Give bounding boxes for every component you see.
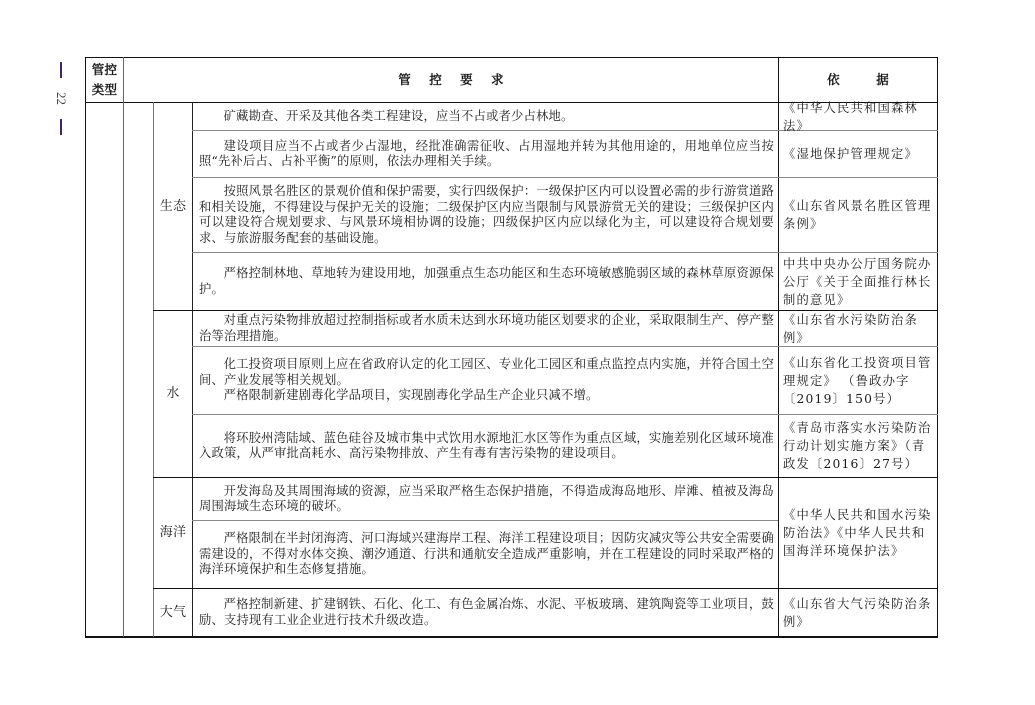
basis-cell: 《湿地保护管理规定》 (779, 131, 937, 177)
basis-cell: 《中华人民共和国森林法》 (779, 103, 937, 130)
category-ecology: 生态 (154, 103, 192, 310)
category-water: 水 (154, 311, 192, 477)
basis-cell: 《山东省大气污染防治条例》 (779, 589, 937, 636)
page-number: 22 (53, 92, 69, 105)
page-number-marker: 22 (50, 62, 72, 152)
requirement-text: 按照风景名胜区的景观价值和保护需要，实行四级保护：一级保护区内可以设置必需的步行… (199, 184, 774, 246)
basis-cell: 《中华人民共和国水污染防治法》《中华人民共和国海洋环境保护法》 (779, 478, 937, 588)
requirement-cell: 将环胶州湾陆域、蓝色硅谷及城市集中式饮用水源地汇水区等作为重点区域，实施差别化区… (193, 415, 778, 477)
basis-cell: 《山东省风景名胜区管理条例》 (779, 178, 937, 252)
requirement-text: 严格限制新建剧毒化学品项目，实现剧毒化学品生产企业只减不增。 (199, 388, 774, 404)
requirement-cell: 严格控制新建、扩建钢铁、石化、化工、有色金属冶炼、水泥、平板玻璃、建筑陶瓷等工业… (193, 589, 778, 636)
requirement-cell: 开发海岛及其周围海域的资源，应当采取严格生态保护措施，不得造成海岛地形、岸滩、植… (193, 478, 778, 520)
table-border-bottom (85, 636, 938, 638)
header-basis: 依 据 (779, 58, 937, 102)
requirement-cell: 矿藏勘查、开采及其他各类工程建设，应当不占或者少占林地。 (193, 103, 778, 130)
basis-cell: 《山东省水污染防治条例》 (779, 311, 937, 346)
header-control-type: 管控类型 (86, 58, 123, 102)
requirement-text: 严格限制在半封闭海湾、河口海域兴建海岸工程、海洋工程建设项目；因防灾减灾等公共安… (199, 531, 774, 578)
header-requirements: 管 控 要 求 (124, 58, 778, 102)
requirement-text: 开发海岛及其周围海域的资源，应当采取严格生态保护措施，不得造成海岛地形、岸滩、植… (199, 484, 774, 515)
basis-cell: 中共中央办公厅国务院办公厅《关于全面推行林长制的意见》 (779, 253, 937, 310)
page-number-dash-top (60, 62, 62, 78)
requirement-text: 矿藏勘查、开采及其他各类工程建设，应当不占或者少占林地。 (199, 109, 774, 125)
control-requirements-table: 管控类型 管 控 要 求 依 据 生态 水 海洋 大气 矿藏勘查、开采及其他各类… (85, 57, 938, 637)
requirement-cell: 按照风景名胜区的景观价值和保护需要，实行四级保护：一级保护区内可以设置必需的步行… (193, 178, 778, 252)
requirement-text: 将环胶州湾陆域、蓝色硅谷及城市集中式饮用水源地汇水区等作为重点区域，实施差别化区… (199, 431, 774, 462)
basis-cell: 《山东省化工投资项目管理规定》 （鲁政办字〔2019〕150号） (779, 347, 937, 414)
page-number-dash-bottom (60, 119, 62, 135)
requirement-cell: 建设项目应当不占或者少占湿地，经批准确需征收、占用湿地并转为其他用途的，用地单位… (193, 131, 778, 177)
requirement-text: 严格控制新建、扩建钢铁、石化、化工、有色金属冶炼、水泥、平板玻璃、建筑陶瓷等工业… (199, 597, 774, 628)
requirement-cell: 严格控制林地、草地转为建设用地，加强重点生态功能区和生态环境敏感脆弱区域的森林草… (193, 253, 778, 310)
col-divider-1 (123, 57, 124, 637)
basis-cell: 《青岛市落实水污染防治行动计划实施方案》（青政发〔2016〕27号） (779, 415, 937, 477)
requirement-cell: 严格限制在半封闭海湾、河口海域兴建海岸工程、海洋工程建设项目；因防灾减灾等公共安… (193, 521, 778, 588)
table-border-left (85, 57, 86, 637)
requirement-text: 化工投资项目原则上应在省政府认定的化工园区、专业化工园区和重点监控点内实施，并符… (199, 357, 774, 388)
table-border-right (937, 57, 938, 637)
category-air: 大气 (154, 589, 192, 636)
requirement-text: 严格控制林地、草地转为建设用地，加强重点生态功能区和生态环境敏感脆弱区域的森林草… (199, 266, 774, 297)
requirement-text: 对重点污染物排放超过控制指标或者水质未达到水环境功能区划要求的企业，采取限制生产… (199, 313, 774, 344)
requirement-text: 建设项目应当不占或者少占湿地，经批准确需征收、占用湿地并转为其他用途的，用地单位… (199, 139, 774, 170)
category-ocean: 海洋 (154, 478, 192, 588)
requirement-cell: 对重点污染物排放超过控制指标或者水质未达到水环境功能区划要求的企业，采取限制生产… (193, 311, 778, 346)
requirement-cell: 化工投资项目原则上应在省政府认定的化工园区、专业化工园区和重点监控点内实施，并符… (193, 347, 778, 414)
